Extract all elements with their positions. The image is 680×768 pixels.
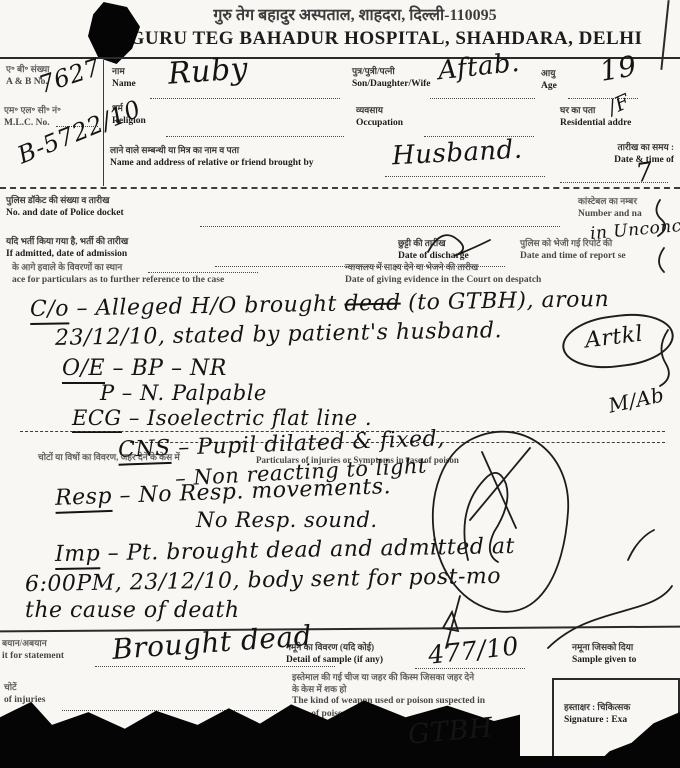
- constable-label-en: Number and na: [578, 208, 642, 220]
- complaint-line-1: C/o – Alleged H/O brought dead (to GTBH)…: [30, 287, 610, 322]
- oe-text: – BP – NR: [113, 356, 227, 381]
- religion-label: धर्म Religion: [112, 103, 146, 127]
- margin-squiggle-2: [659, 248, 664, 272]
- evidence-label: न्यायालय में साक्ष्य देने या भेजने की ता…: [345, 262, 541, 286]
- footer-injuries-rule: [62, 710, 277, 711]
- impression-keyword: Imp: [55, 541, 101, 570]
- further-reference-rule: [148, 272, 258, 273]
- occupation-label-hi: व्यवसाय: [356, 105, 403, 117]
- constable-label-hi: कांस्टेबल का नम्बर: [578, 196, 642, 208]
- signature-label: हस्ताक्षर : चिकित्सक Signature : Exa: [564, 702, 630, 726]
- police-docket-label-en: No. and date of Police docket: [6, 207, 124, 219]
- hospital-title-english-text: GURU TEG BAHADUR HOSPITAL, SHAHDARA, DEL…: [92, 27, 680, 52]
- police-docket-label-hi: पुलिस डॉकेट की संख्या व तारीख: [6, 195, 124, 207]
- name-label-hi: नाम: [112, 66, 136, 78]
- sample-label: नमूने का विवरण (यदि कोई) Detail of sampl…: [286, 642, 383, 666]
- ab-no-value: 7627: [35, 53, 104, 99]
- weapon-label-hi-2: के केस में शक हो: [292, 684, 485, 696]
- sweep-curve-scribble: [548, 586, 672, 648]
- report-value: in Unconc: [589, 216, 680, 244]
- weapon-label-hi-1: इस्तेमाल की गई चीज या जहर की किस्म जिसका…: [292, 672, 485, 684]
- footer-injuries-label-hi: चोटें: [4, 682, 45, 694]
- age-rule: [568, 98, 638, 99]
- further-reference-label: के आगे हवाले के विवरणों का स्थान ace for…: [12, 262, 224, 286]
- datetime-rule: [560, 182, 668, 183]
- statement-rule: [95, 666, 335, 667]
- cns-keyword: CNS: [118, 436, 172, 466]
- impression-line-3: the cause of death: [25, 598, 240, 623]
- datetime-label-hi: तारीख का समय :: [578, 142, 674, 154]
- sample-given-label: नमूना जिसको दिया Sample given to: [572, 642, 636, 666]
- complaint-text-1: – Alleged H/O brought: [76, 292, 337, 322]
- ecg-line: ECG – Isoelectric flat line .: [72, 406, 372, 430]
- resp-line-2: No Resp. sound.: [196, 508, 378, 532]
- impression-line-1: Imp – Pt. brought dead and admitted at: [55, 534, 515, 567]
- scan-artifact-bottom-bar: [0, 756, 680, 768]
- sample-value: 477/10: [427, 631, 520, 669]
- police-docket-rule: [200, 226, 560, 227]
- signature-label-hi: हस्ताक्षर : चिकित्सक: [564, 702, 630, 714]
- name-label-en: Name: [112, 78, 136, 90]
- statement-label: बयान/अबयान it for statement: [2, 638, 64, 662]
- admission-label-en: If admitted, date of admission: [6, 248, 128, 260]
- oe-keyword: O/E: [62, 356, 105, 384]
- hospital-title-english: GURU TEG BAHADUR HOSPITAL, SHAHDARA, DEL…: [92, 27, 680, 52]
- mlc-no-label-hi: एम॰ एल॰ सी॰ नं॰: [4, 105, 61, 117]
- footer-injuries-label-en: of injuries: [4, 694, 45, 706]
- occupation-label-en: Occupation: [356, 117, 403, 129]
- statement-value: Brought dead: [111, 619, 313, 666]
- scanned-mlc-form: गुरु तेग बहादुर अस्पताल, शाहदरा, दिल्ली-…: [0, 0, 680, 768]
- religion-label-hi: धर्म: [112, 103, 146, 115]
- age-label: आयु Age: [541, 68, 557, 92]
- evidence-label-en: Date of giving evidence in the Court on …: [345, 274, 541, 286]
- complaint-text-2: (to GTBH), aroun: [408, 287, 609, 316]
- complaint-struck-word: dead: [344, 291, 401, 317]
- pulse-line: P – N. Palpable: [100, 381, 267, 405]
- discharge-label: छुट्टी की तारीख Date of discharge: [398, 238, 469, 262]
- relation-label: पुत्र/पुत्री/पत्नी Son/Daughter/Wife: [352, 66, 430, 90]
- weapon-label-en-1: The kind of weapon used or poison suspec…: [292, 695, 485, 707]
- brought-by-label: लाने वाले सम्बन्धी या मित्र का नाम व पता…: [110, 145, 314, 169]
- brought-by-value: Husband.: [391, 135, 523, 172]
- brought-by-label-en: Name and address of relative or friend b…: [110, 157, 314, 169]
- sample-given-label-en: Sample given to: [572, 654, 636, 666]
- hospital-title-hindi: गुरु तेग बहादुर अस्पताल, शाहदरा, दिल्ली-…: [120, 6, 590, 27]
- footer-injuries-label: चोटें of injuries: [4, 682, 45, 706]
- relation-label-en: Son/Daughter/Wife: [352, 78, 430, 90]
- admission-label: यदि भर्ती किया गया है, भर्ती की तारीख If…: [6, 236, 128, 260]
- sample-rule: [415, 668, 525, 669]
- relation-label-hi: पुत्र/पुत्री/पत्नी: [352, 66, 430, 78]
- discharge-label-hi: छुट्टी की तारीख: [398, 238, 469, 250]
- religion-rule: [166, 136, 344, 137]
- address-label-en: Residential addre: [560, 117, 631, 129]
- name-label: नाम Name: [112, 66, 136, 90]
- statement-label-hi: बयान/अबयान: [2, 638, 64, 650]
- complaint-keyword: C/o: [30, 296, 69, 325]
- ecg-text: – Isoelectric flat line .: [129, 406, 372, 430]
- complaint-line-2: 23/12/10, stated by patient's husband.: [55, 318, 502, 351]
- oe-line: O/E – BP – NR: [62, 356, 227, 381]
- name-rule: [150, 98, 340, 99]
- sample-label-en: Detail of sample (if any): [286, 654, 383, 666]
- brought-by-rule: [385, 176, 545, 177]
- resp-keyword: Resp: [55, 484, 113, 514]
- tail-scribble: [628, 530, 654, 560]
- mlc-no-label: एम॰ एल॰ सी॰ नं॰ M.L.C. No.: [4, 105, 61, 129]
- report-label-en: Date and time of report se: [520, 250, 626, 262]
- brought-by-label-hi: लाने वाले सम्बन्धी या मित्र का नाम व पता: [110, 145, 314, 157]
- resp-text: – No Resp. movements.: [119, 474, 391, 508]
- address-label: घर का पता Residential addre: [560, 105, 631, 129]
- ecg-keyword: ECG: [72, 406, 122, 433]
- doctor-initials: M/Ab: [606, 382, 666, 417]
- address-label-hi: घर का पता: [560, 105, 631, 117]
- section-divider-1: [0, 187, 680, 189]
- section-divider-4: [0, 626, 680, 633]
- evidence-label-hi: न्यायालय में साक्ष्य देने या भेजने की ता…: [345, 262, 541, 274]
- religion-label-en: Religion: [112, 115, 146, 127]
- sample-given-label-hi: नमूना जिसको दिया: [572, 642, 636, 654]
- constable-label: कांस्टेबल का नम्बर Number and na: [578, 196, 642, 220]
- occupation-label: व्यवसाय Occupation: [356, 105, 403, 129]
- datetime-label: तारीख का समय : Date & time of: [578, 142, 674, 166]
- header-rule: [0, 57, 680, 59]
- discharge-label-en: Date of discharge: [398, 250, 469, 262]
- check-cross-scribble: [470, 448, 530, 528]
- relation-value: Aftab.: [437, 48, 522, 86]
- age-label-en: Age: [541, 80, 557, 92]
- statement-label-en: it for statement: [2, 650, 64, 662]
- relation-rule: [430, 98, 535, 99]
- police-docket-label: पुलिस डॉकेट की संख्या व तारीख No. and da…: [6, 195, 124, 219]
- age-label-hi: आयु: [541, 68, 557, 80]
- name-value: Ruby: [167, 51, 249, 91]
- hospital-title-hindi-text: गुरु तेग बहादुर अस्पताल, शाहदरा, दिल्ली-…: [120, 6, 590, 27]
- datetime-label-en: Date & time of: [578, 154, 674, 166]
- resp-line: Resp – No Resp. movements.: [55, 474, 392, 511]
- sample-label-hi: नमूने का विवरण (यदि कोई): [286, 642, 383, 654]
- impression-text-1: – Pt. brought dead and admitted at: [107, 534, 515, 566]
- signature-label-en: Signature : Exa: [564, 714, 630, 726]
- further-reference-label-en: ace for particulars as to further refere…: [12, 274, 224, 286]
- age-value: 19: [597, 49, 639, 88]
- admission-label-hi: यदि भर्ती किया गया है, भर्ती की तारीख: [6, 236, 128, 248]
